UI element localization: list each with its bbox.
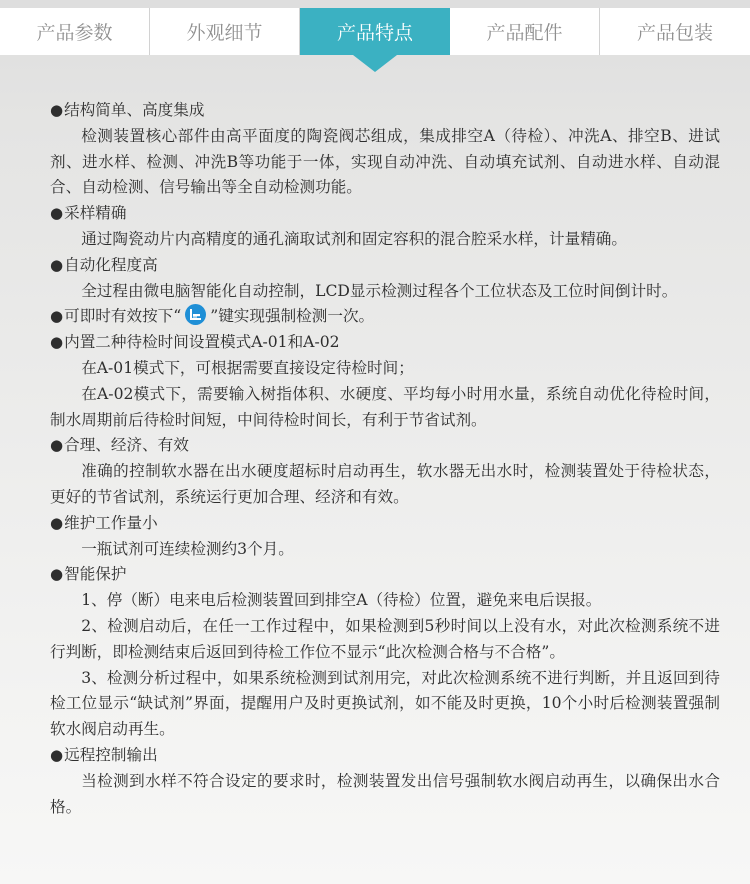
feature-paragraph: 一瓶试剂可连续检测约3个月。 — [50, 537, 720, 563]
feature-heading-text: 内置二种待检时间设置模式A-01和A-02 — [64, 333, 339, 351]
feature-heading: ●远程控制输出 — [50, 743, 720, 769]
feature-paragraph: 3、检测分析过程中，如果系统检测到试剂用完，对此次检测系统不进行判断，并且返回到… — [50, 666, 720, 743]
feature-heading: ●自动化程度高 — [50, 253, 720, 279]
feature-heading-text: 结构简单、高度集成 — [64, 101, 204, 119]
feature-heading-text: 自动化程度高 — [64, 256, 158, 274]
feature-heading-text: 维护工作量小 — [64, 514, 158, 532]
feature-paragraph: 通过陶瓷动片内高精度的通孔滴取试剂和固定容积的混合腔采水样，计量精确。 — [50, 227, 720, 253]
bullet-icon: ● — [50, 204, 63, 222]
feature-paragraph: 在A-01模式下，可根据需要直接设定待检时间； — [50, 356, 720, 382]
feature-heading-text: 智能保护 — [64, 565, 126, 583]
bullet-icon: ● — [50, 307, 63, 325]
tab-appearance-details[interactable]: 外观细节 — [150, 8, 300, 55]
feature-heading-text: 采样精确 — [64, 204, 126, 222]
tab-product-packaging[interactable]: 产品包装 — [600, 8, 750, 55]
bullet-icon: ● — [50, 565, 63, 583]
feature-paragraph: 准确的控制软水器在出水硬度超标时启动再生，软水器无出水时，检测装置处于待检状态，… — [50, 459, 720, 511]
bullet-icon: ● — [50, 101, 63, 119]
feature-paragraph: 2、检测启动后，在任一工作过程中，如果检测到5秒时间以上没有水，对此次检测系统不… — [50, 614, 720, 666]
bullet-icon: ● — [50, 333, 63, 351]
bullet-icon: ● — [50, 746, 63, 764]
feature-heading: ●合理、经济、有效 — [50, 433, 720, 459]
feature-paragraph: 全过程由微电脑智能化自动控制，LCD显示检测过程各个工位状态及工位时间倒计时。 — [50, 279, 720, 305]
bullet-icon: ● — [50, 514, 63, 532]
feature-paragraph: 当检测到水样不符合设定的要求时，检测装置发出信号强制软水阀启动再生，以确保出水合… — [50, 769, 720, 821]
tab-product-features[interactable]: 产品特点 — [300, 8, 450, 55]
features-content: ●结构简单、高度集成 检测装置核心部件由高平面度的陶瓷阀芯组成，集成排空A（待检… — [50, 98, 720, 820]
feature-paragraph: 1、停（断）电来电后检测装置回到排空A（待检）位置，避免来电后误报。 — [50, 588, 720, 614]
tab-product-params[interactable]: 产品参数 — [0, 8, 150, 55]
feature-heading: ●维护工作量小 — [50, 511, 720, 537]
tab-bar: 产品参数 外观细节 产品特点 产品配件 产品包装 — [0, 8, 750, 55]
force-test-key-icon — [185, 304, 206, 325]
bullet-icon: ● — [50, 436, 63, 454]
feature-heading-text: 合理、经济、有效 — [64, 436, 189, 454]
feature-heading-text: 可即时有效按下“ — [64, 307, 181, 325]
feature-heading: ●结构简单、高度集成 — [50, 98, 720, 124]
feature-heading: ●内置二种待检时间设置模式A-01和A-02 — [50, 330, 720, 356]
feature-heading-text: 远程控制输出 — [64, 746, 158, 764]
tab-product-accessories[interactable]: 产品配件 — [450, 8, 600, 55]
feature-heading: ●可即时有效按下“”键实现强制检测一次。 — [50, 304, 720, 330]
bullet-icon: ● — [50, 256, 63, 274]
feature-heading-text: ”键实现强制检测一次。 — [210, 307, 374, 325]
feature-paragraph: 在A-02模式下，需要输入树指体积、水硬度、平均每小时用水量，系统自动优化待检时… — [50, 382, 720, 434]
feature-paragraph: 检测装置核心部件由高平面度的陶瓷阀芯组成，集成排空A（待检）、冲洗A、排空B、进… — [50, 124, 720, 201]
feature-heading: ●采样精确 — [50, 201, 720, 227]
feature-heading: ●智能保护 — [50, 562, 720, 588]
